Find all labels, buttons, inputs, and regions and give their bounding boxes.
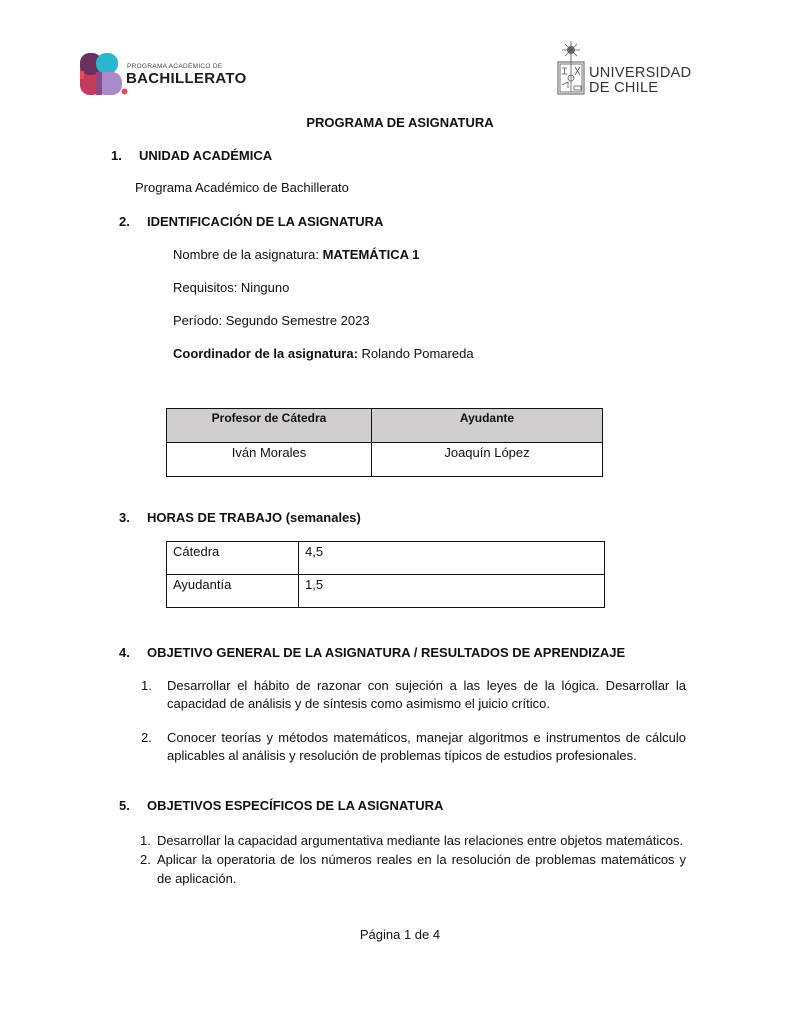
table-header-cell: Profesor de Cátedra <box>167 409 372 443</box>
coordinador: Coordinador de la asignatura: Rolando Po… <box>173 346 474 361</box>
specific-objectives-list: 1. Desarrollar la capacidad argumentativ… <box>140 831 686 888</box>
list-item: 1. Desarrollar la capacidad argumentativ… <box>140 831 686 850</box>
section-3-heading: 3.HORAS DE TRABAJO (semanales) <box>119 510 361 525</box>
table-cell: 4,5 <box>299 542 605 575</box>
requisitos: Requisitos: Ninguno <box>173 280 289 295</box>
bachillerato-logo-icon <box>80 53 128 95</box>
table-cell: Cátedra <box>167 542 299 575</box>
nombre-asignatura-value: MATEMÁTICA 1 <box>323 247 420 262</box>
table-row: Ayudantía 1,5 <box>167 575 605 608</box>
university-name: UNIVERSIDAD DE CHILE <box>589 66 691 96</box>
staff-table: Profesor de Cátedra Ayudante Iván Morale… <box>166 408 603 477</box>
table-cell: Iván Morales <box>167 443 372 477</box>
section-5-heading: 5.OBJETIVOS ESPECÍFICOS DE LA ASIGNATURA <box>119 798 443 813</box>
table-header-row: Profesor de Cátedra Ayudante <box>167 409 603 443</box>
coordinador-value: Rolando Pomareda <box>358 346 474 361</box>
table-cell: Ayudantía <box>167 575 299 608</box>
unidad-academica-value: Programa Académico de Bachillerato <box>135 180 349 195</box>
page-title: PROGRAMA DE ASIGNATURA <box>0 115 800 130</box>
table-cell: Joaquín López <box>372 443 603 477</box>
list-item: 2. Conocer teorías y métodos matemáticos… <box>141 729 686 765</box>
table-cell: 1,5 <box>299 575 605 608</box>
section-4-heading: 4.OBJETIVO GENERAL DE LA ASIGNATURA / RE… <box>119 645 625 660</box>
logo-big-text: BACHILLERATO <box>126 70 247 87</box>
table-row: Iván Morales Joaquín López <box>167 443 603 477</box>
universidad-de-chile-crest-icon <box>556 40 586 96</box>
hours-table: Cátedra 4,5 Ayudantía 1,5 <box>166 541 605 608</box>
periodo: Período: Segundo Semestre 2023 <box>173 313 370 328</box>
table-header-cell: Ayudante <box>372 409 603 443</box>
bachillerato-logo: PROGRAMA ACADÉMICO DE BACHILLERATO <box>80 53 245 95</box>
general-objectives-list: 1. Desarrollar el hábito de razonar con … <box>141 677 686 765</box>
list-item: 1. Desarrollar el hábito de razonar con … <box>141 677 686 713</box>
list-item: 2. Aplicar la operatoria de los números … <box>140 850 686 888</box>
logo-small-text: PROGRAMA ACADÉMICO DE <box>127 63 223 70</box>
table-row: Cátedra 4,5 <box>167 542 605 575</box>
universidad-de-chile-logo: UNIVERSIDAD DE CHILE <box>556 40 696 98</box>
section-1-heading: 1.UNIDAD ACADÉMICA <box>111 148 272 163</box>
section-2-heading: 2.IDENTIFICACIÓN DE LA ASIGNATURA <box>119 214 383 229</box>
page-number: Página 1 de 4 <box>0 927 800 942</box>
nombre-asignatura: Nombre de la asignatura: MATEMÁTICA 1 <box>173 247 419 262</box>
